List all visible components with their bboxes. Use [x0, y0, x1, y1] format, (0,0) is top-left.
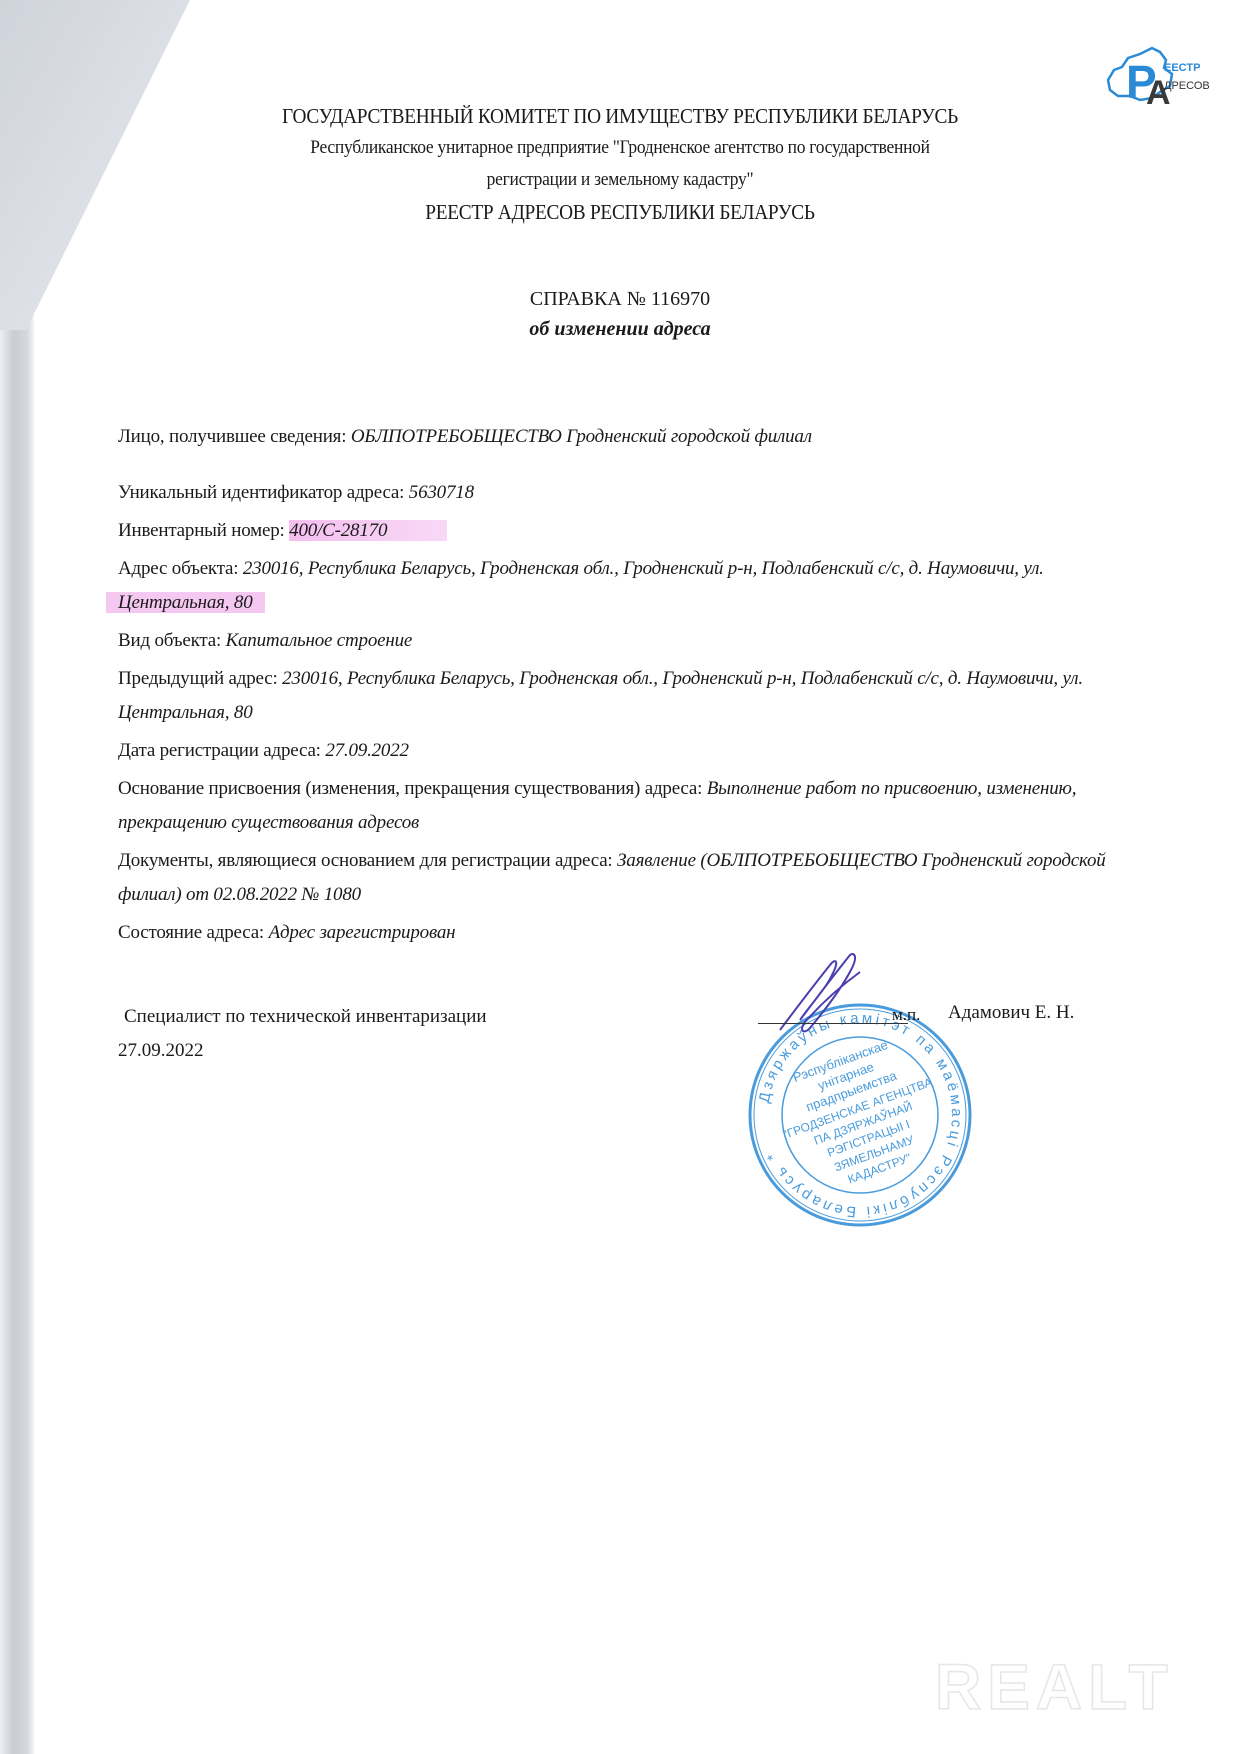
field-value: Капитальное строение — [226, 630, 413, 651]
field-registration-date: Дата регистрации адреса: 27.09.2022 — [118, 734, 1148, 768]
field-status: Состояние адреса: Адрес зарегистрирован — [118, 916, 1148, 950]
field-inventory-number: Инвентарный номер: 400/С-28170 — [118, 514, 1148, 548]
field-recipient: Лицо, получившее сведения: ОБЛПОТРЕБОБЩЕ… — [118, 420, 1148, 454]
logo-text-adresov: ДРЕСОВ — [1164, 80, 1210, 92]
field-label: Инвентарный номер: — [118, 520, 289, 541]
field-previous-address: Предыдущий адрес: 230016, Республика Бел… — [118, 662, 1148, 730]
signer-name: Адамович Е. Н. — [948, 998, 1074, 1028]
stamp-place-label: м.п. — [892, 1000, 920, 1030]
field-value: 5630718 — [409, 482, 474, 503]
certificate-fields: Лицо, получившее сведения: ОБЛПОТРЕБОБЩЕ… — [118, 420, 1148, 954]
svg-text:Дзяржаўны камітэт па маёмасці: Дзяржаўны камітэт па маёмасці Рэспублікі… — [756, 1010, 965, 1220]
field-object-type: Вид объекта: Капитальное строение — [118, 624, 1148, 658]
field-label: Адрес объекта: — [118, 558, 243, 579]
document-title: СПРАВКА № 116970 — [0, 284, 1240, 314]
field-label: Дата регистрации адреса: — [118, 740, 325, 761]
handwritten-signature — [770, 950, 870, 1040]
field-basis: Основание присвоения (изменения, прекращ… — [118, 772, 1148, 840]
field-value: 27.09.2022 — [325, 740, 409, 761]
field-label: Вид объекта: — [118, 630, 226, 651]
field-value-highlighted: 400/С-28170 — [289, 520, 447, 541]
field-label: Лицо, получившее сведения: — [118, 426, 351, 447]
header-enterprise-cont: регистрации и земельному кадастру" — [50, 164, 1191, 196]
field-documents: Документы, являющиеся основанием для рег… — [118, 844, 1148, 912]
field-address-id: Уникальный идентификатор адреса: 5630718 — [118, 476, 1148, 510]
document-header: ГОСУДАРСТВЕННЫЙ КОМИТЕТ ПО ИМУЩЕСТВУ РЕС… — [0, 100, 1240, 228]
field-label: Уникальный идентификатор адреса: — [118, 482, 409, 503]
field-value-highlighted: Центральная, 80 — [106, 592, 265, 613]
field-value: ОБЛПОТРЕБОБЩЕСТВО Гродненский городской … — [351, 426, 812, 447]
header-enterprise: Республиканское унитарное предприятие "Г… — [50, 132, 1191, 164]
field-value: Адрес зарегистрирован — [269, 922, 456, 943]
header-registry: РЕЕСТР АДРЕСОВ РЕСПУБЛИКИ БЕЛАРУСЬ — [50, 196, 1191, 228]
field-label: Состояние адреса: — [118, 922, 269, 943]
logo-text-reestr: ЕЕСТР — [1164, 62, 1200, 74]
signer-position: Специалист по технической инвентаризации — [124, 1000, 487, 1034]
field-label: Предыдущий адрес: — [118, 668, 282, 689]
field-object-address: Адрес объекта: 230016, Республика Белару… — [118, 552, 1148, 620]
document-title-block: СПРАВКА № 116970 об изменении адреса — [0, 284, 1240, 344]
header-committee: ГОСУДАРСТВЕННЫЙ КОМИТЕТ ПО ИМУЩЕСТВУ РЕС… — [50, 100, 1191, 132]
signature-date: 27.09.2022 — [118, 1034, 204, 1068]
field-label: Основание присвоения (изменения, прекращ… — [118, 778, 707, 799]
document-subtitle: об изменении адреса — [0, 314, 1240, 344]
realt-watermark: REALT — [935, 1650, 1174, 1724]
signature-line — [758, 1023, 908, 1024]
document-page: P A ЕЕСТР ДРЕСОВ ГОСУДАРСТВЕННЫЙ КОМИТЕТ… — [0, 0, 1240, 1754]
field-label: Документы, являющиеся основанием для рег… — [118, 850, 617, 871]
field-value: 230016, Республика Беларусь, Гродненская… — [243, 558, 1044, 579]
